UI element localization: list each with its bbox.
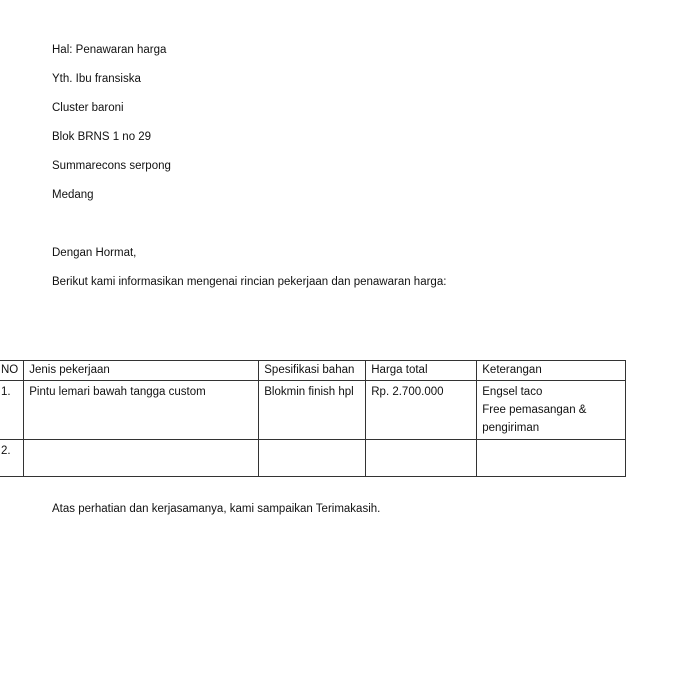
address-line: Summarecons serpong [52,160,171,172]
header-no: NO [0,361,24,381]
subject-line: Hal: Penawaran harga [52,44,166,56]
offer-table: NO Jenis pekerjaan Spesifikasi bahan Har… [0,360,626,477]
cell-keterangan [477,440,626,477]
keterangan-line: Free pemasangan & [482,401,620,419]
cell-harga-total: Rp. 2.700.000 [366,381,477,440]
cell-spesifikasi-bahan: Blokmin finish hpl [259,381,366,440]
recipient-line: Yth. Ibu fransiska [52,73,141,85]
header-keterangan: Keterangan [477,361,626,381]
cell-no: 1. [0,381,24,440]
keterangan-line: pengiriman [482,419,620,437]
cell-no: 2. [0,440,24,477]
cell-spesifikasi-bahan [259,440,366,477]
table-row: 2. [0,440,626,477]
intro-paragraph: Berikut kami informasikan mengenai rinci… [52,276,446,288]
header-harga-total: Harga total [366,361,477,381]
cell-jenis-pekerjaan [24,440,259,477]
header-spesifikasi-bahan: Spesifikasi bahan [259,361,366,381]
cell-jenis-pekerjaan: Pintu lemari bawah tangga custom [24,381,259,440]
address-line: Cluster baroni [52,102,124,114]
cell-harga-total [366,440,477,477]
greeting: Dengan Hormat, [52,247,136,259]
address-line: Medang [52,189,94,201]
table-row: 1. Pintu lemari bawah tangga custom Blok… [0,381,626,440]
table-header-row: NO Jenis pekerjaan Spesifikasi bahan Har… [0,361,626,381]
header-jenis-pekerjaan: Jenis pekerjaan [24,361,259,381]
closing-paragraph: Atas perhatian dan kerjasamanya, kami sa… [52,503,380,515]
address-line: Blok BRNS 1 no 29 [52,131,151,143]
keterangan-line: Engsel taco [482,383,620,401]
cell-keterangan: Engsel taco Free pemasangan & pengiriman [477,381,626,440]
